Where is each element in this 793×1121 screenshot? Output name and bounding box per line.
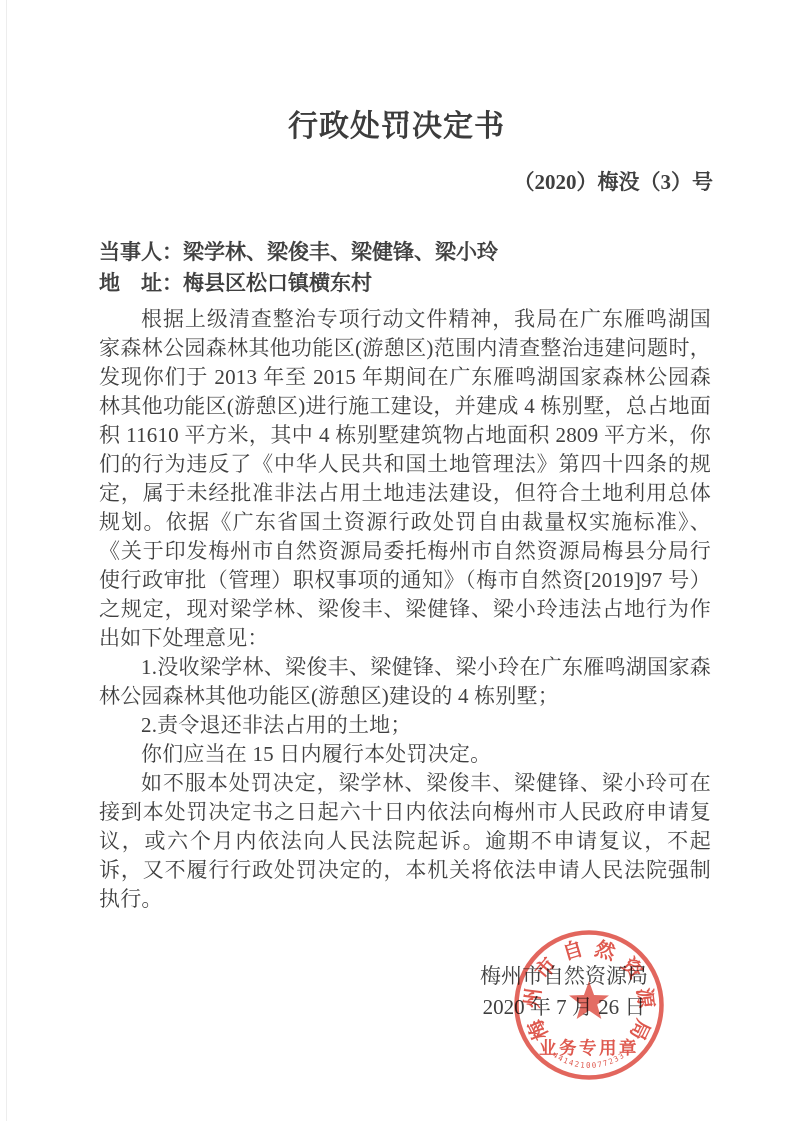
seal-ring-char: 州 bbox=[520, 987, 545, 1010]
document-title: 行政处罚决定书 bbox=[0, 101, 793, 145]
party-names: 梁学林、梁俊丰、梁健锋、梁小玲 bbox=[183, 241, 498, 264]
scan-edge-line bbox=[6, 0, 7, 1121]
decision-item-1: 1.没收梁学林、梁俊丰、梁健锋、梁小玲在广东雁鸣湖国家森林公园森林其他功能区(游… bbox=[99, 653, 711, 711]
address-line: 地 址：梅县区松口镇横东村 bbox=[99, 268, 711, 299]
address-label: 地 址： bbox=[99, 272, 183, 295]
seal-ring-char: 自 bbox=[560, 936, 586, 965]
document-content: 当事人：梁学林、梁俊丰、梁健锋、梁小玲 地 址：梅县区松口镇横东村 根据上级清查… bbox=[99, 237, 711, 914]
party-line: 当事人：梁学林、梁俊丰、梁健锋、梁小玲 bbox=[99, 237, 711, 268]
paragraph-background: 根据上级清查整治专项行动文件精神，我局在广东雁鸣湖国家森林公园森林其他功能区(游… bbox=[99, 305, 711, 653]
seal-ring-char: 然 bbox=[592, 936, 619, 965]
document-page: 行政处罚决定书 （2020）梅没（3）号 当事人：梁学林、梁俊丰、梁健锋、梁小玲… bbox=[0, 0, 793, 1121]
body-text: 根据上级清查整治专项行动文件精神，我局在广东雁鸣湖国家森林公园森林其他功能区(游… bbox=[99, 305, 711, 914]
seal-star-icon bbox=[569, 981, 609, 1019]
deadline-line: 你们应当在 15 日内履行本处罚决定。 bbox=[99, 740, 711, 769]
party-label: 当事人： bbox=[99, 241, 183, 264]
address-value: 梅县区松口镇横东村 bbox=[183, 272, 372, 295]
decision-item-2: 2.责令退还非法占用的土地； bbox=[99, 711, 711, 740]
seal-ring-char: 源 bbox=[632, 987, 657, 1011]
paragraph-appeal: 如不服本处罚决定，梁学林、梁俊丰、梁健锋、梁小玲可在接到本处罚决定书之日起六十日… bbox=[99, 769, 711, 914]
document-number: （2020）梅没（3）号 bbox=[514, 166, 714, 196]
official-seal: 业务专用章 4414210077233 梅州市自然资源局 bbox=[511, 927, 667, 1083]
